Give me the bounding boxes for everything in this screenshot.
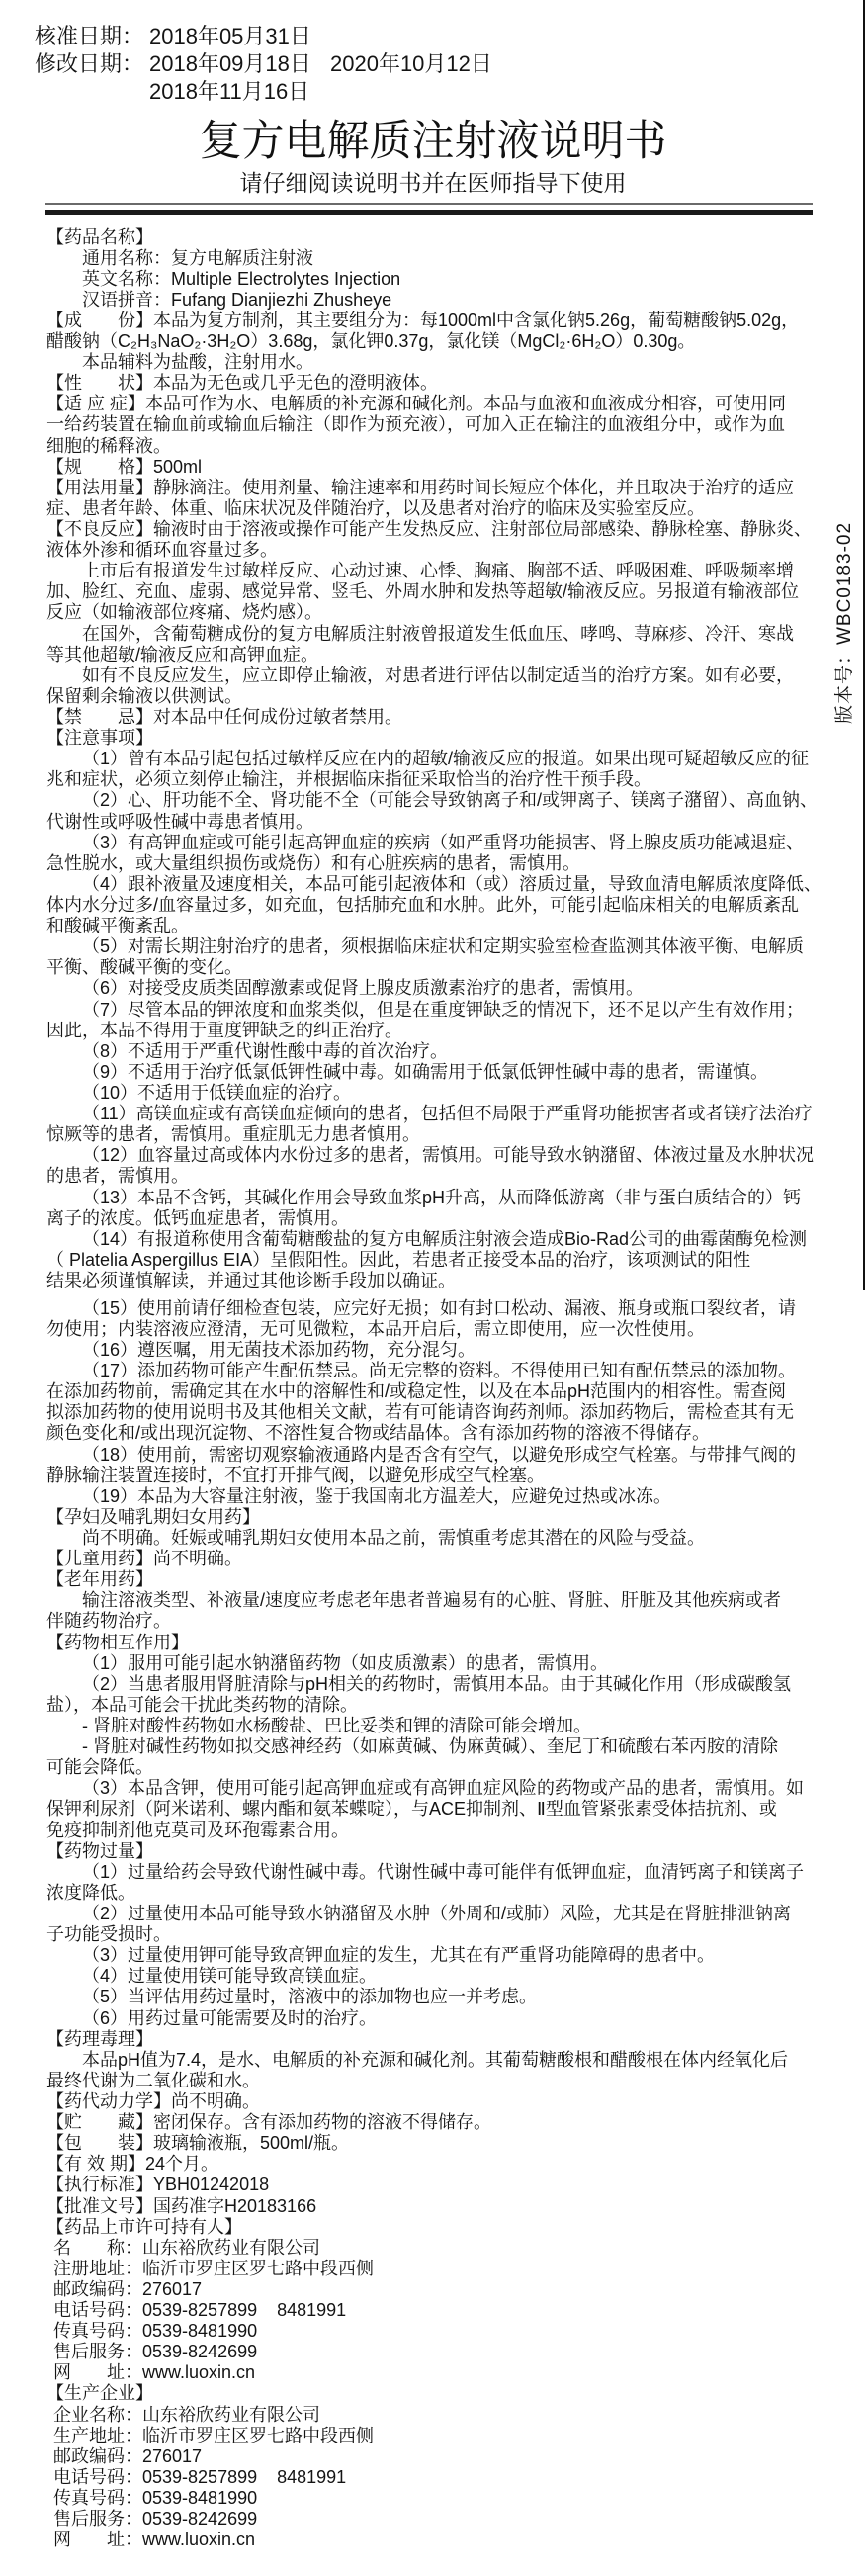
text-line: （6）用药过量可能需要及时的治疗。 (0, 2008, 866, 2029)
leaflet-section: 【药代动力学】尚不明确。 (0, 2091, 866, 2112)
section-heading-line: 【适 应 症】本品可作为水、电解质的补充源和碱化剂。本品与血液和血液成分相容，可… (0, 394, 866, 414)
text-line: 本品辅料为盐酸，注射用水。 (0, 352, 866, 373)
info-field-label: 电话号码： (53, 2467, 142, 2487)
section-heading: 【用法用量】 (46, 478, 153, 497)
info-field-label: 售后服务： (53, 2342, 142, 2361)
leaflet-section: 【生产企业】 企业名称：山东裕欣药业有限公司生产地址：临沂市罗庄区罗七路中段西侧… (0, 2383, 866, 2550)
section-heading-line: 【药物过量】 (0, 1841, 866, 1862)
leaflet-section: 【执行标准】YBH01242018 (0, 2175, 866, 2195)
section-heading: 【适 应 症】 (46, 394, 145, 413)
text-line: 在国外，含葡萄糖成份的复方电解质注射液曾报道发生低血压、哮鸣、荨麻疹、冷汗、寒战 (0, 624, 866, 645)
document-subtitle: 请仔细阅读说明书并在医师指导下使用 (0, 169, 866, 197)
section-heading: 【有 效 期】 (46, 2154, 145, 2174)
section-lines: 醋酸钠（C₂H₃NaO₂·3H₂O）3.68g，氯化钾0.37g，氯化镁（MgC… (0, 331, 866, 373)
section-inline-text: 本品为无色或几乎无色的澄明液体。 (153, 373, 438, 393)
section-heading-line: 【药代动力学】尚不明确。 (0, 2091, 866, 2112)
section-heading-line: 【药品名称】 (0, 227, 866, 248)
text-line: （16）遵医嘱，用无菌技术添加药物，充分混匀。 (0, 1340, 866, 1361)
text-line: （2）当患者服用肾脏清除与pH相关的药物时，需慎用本品。由于其碱化作用（形成碳酸… (0, 1674, 866, 1695)
leaflet-section: 【禁 忌】对本品中任何成份过敏者禁用。 (0, 707, 866, 728)
text-line: 代谢性或呼吸性碱中毒患者慎用。 (0, 812, 866, 833)
section-heading: 【老年用药】 (46, 1569, 153, 1589)
text-line: 惊厥等的患者，需慎用。重症肌无力患者慎用。 (0, 1124, 866, 1145)
info-field: 电话号码：0539-8257899 8481991 (0, 2300, 866, 2321)
text-line: （1）服用可能引起水钠潴留药物（如皮质激素）的患者，需慎用。 (0, 1653, 866, 1674)
text-line: （3）有高钾血症或可能引起高钾血症的疾病（如严重肾功能损害、肾上腺皮质功能减退症… (0, 833, 866, 853)
section-heading-line: 【药物相互作用】 (0, 1633, 866, 1653)
info-field-value: 山东裕欣药业有限公司 (142, 2238, 320, 2258)
section-heading: 【药物过量】 (46, 1841, 153, 1861)
text-line: 子功能受损时。 (0, 1924, 866, 1945)
info-field-label: 名 称： (53, 2238, 142, 2258)
text-line: 汉语拼音：Fufang Dianjiezhi Zhusheye (0, 290, 866, 311)
section-lines: 输注溶液类型、补液量/速度应考虑老年患者普遍易有的心脏、肾脏、肝脏及其他疾病或者… (0, 1590, 866, 1632)
section-heading: 【药理毒理】 (46, 2029, 153, 2049)
info-field-label: 邮政编码： (53, 2446, 142, 2466)
leaflet-section: 【不良反应】输液时由于溶液或操作可能产生发热反应、注射部位局部感染、静脉栓塞、静… (0, 519, 866, 707)
text-line: 等其他超敏/输液反应和高钾血症。 (0, 645, 866, 666)
section-heading: 【禁 忌】 (46, 707, 153, 727)
section-heading-line: 【贮 藏】密闭保存。含有添加药物的溶液不得储存。 (0, 2112, 866, 2133)
info-field-value: 0539-8242699 (142, 2509, 257, 2529)
info-field: 售后服务：0539-8242699 (0, 2342, 866, 2362)
text-line: 可能会降低。 (0, 1757, 866, 1778)
section-heading: 【贮 藏】 (46, 2112, 153, 2132)
section-heading-line: 【批准文号】国药准字H20183166 (0, 2196, 866, 2217)
info-field: 企业名称：山东裕欣药业有限公司 (0, 2405, 866, 2426)
text-line: （15）使用前请仔细检查包装，应完好无损；如有封口松动、漏液、瓶身或瓶口裂纹者，… (0, 1298, 866, 1319)
text-line: 通用名称：复方电解质注射液 (0, 248, 866, 269)
text-line: 盐），本品可能会干扰此类药物的清除。 (0, 1695, 866, 1716)
text-line: （18）使用前，需密切观察输液通路内是否含有空气，以避免形成空气栓塞。与带排气阀… (0, 1445, 866, 1466)
section-heading-line: 【老年用药】 (0, 1569, 866, 1590)
text-line: 细胞的稀释液。 (0, 436, 866, 457)
text-line: 的患者，需慎用。 (0, 1166, 866, 1187)
section-inline-text: 本品为复方制剂，其主要组分为：每1000ml中含氯化钠5.26g，葡萄糖酸钠5.… (153, 311, 799, 330)
text-line: 如有不良反应发生，应立即停止输液，对患者进行评估以制定适当的治疗方案。如有必要， (0, 666, 866, 686)
text-line: （5）当评估用药过量时，溶液中的添加物也应一并考虑。 (0, 1987, 866, 2007)
section-inline-text: 500ml (153, 457, 202, 477)
text-line: （11）高镁血症或有高镁血症倾向的患者，包括但不局限于严重肾功能损害者或者镁疗法… (0, 1104, 866, 1124)
text-line: 急性脱水，或大量组织损伤或烧伤）和有心脏疾病的患者，需慎用。 (0, 853, 866, 874)
section-heading-line: 【禁 忌】对本品中任何成份过敏者禁用。 (0, 707, 866, 728)
info-field: 售后服务：0539-8242699 (0, 2509, 866, 2530)
section-lines: 本品pH值为7.4，是水、电解质的补充源和碱化剂。其葡萄糖酸根和醋酸根在体内经氧… (0, 2050, 866, 2091)
text-line: 结果必须谨慎解读，并通过其他诊断手段加以确证。 (0, 1271, 866, 1291)
header-divider-thin (45, 203, 813, 205)
section-inline-text: 对本品中任何成份过敏者禁用。 (153, 707, 402, 727)
text-line: 伴随药物治疗。 (0, 1611, 866, 1632)
text-line: （1）过量给药会导致代谢性碱中毒。代谢性碱中毒可能伴有低钾血症，血清钙离子和镁离… (0, 1862, 866, 1883)
text-line: 一给药装置在输血前或输血后输注（即作为预充液），可加入正在输注的血液组分中，或作… (0, 414, 866, 435)
section-inline-text: 玻璃输液瓶，500ml/瓶。 (153, 2133, 349, 2153)
info-field-value: 276017 (142, 2446, 202, 2466)
section-list: （15）使用前请仔细检查包装，应完好无损；如有封口松动、漏液、瓶身或瓶口裂纹者，… (0, 1290, 866, 2550)
info-field: 生产地址：临沂市罗庄区罗七路中段西侧 (0, 2426, 866, 2446)
info-field: 传真号码：0539-8481990 (0, 2488, 866, 2509)
leaflet-section: 【批准文号】国药准字H20183166 (0, 2196, 866, 2217)
text-line: （3）本品含钾，使用可能引起高钾血症或有高钾血症风险的药物或产品的患者，需慎用。… (0, 1778, 866, 1799)
text-line: 输注溶液类型、补液量/速度应考虑老年患者普遍易有的心脏、肾脏、肝脏及其他疾病或者 (0, 1590, 866, 1611)
text-line: （10）不适用于低镁血症的治疗。 (0, 1083, 866, 1104)
leaflet-section: 【贮 藏】密闭保存。含有添加药物的溶液不得储存。 (0, 2112, 866, 2133)
section-heading-line: 【药品上市许可持有人】 (0, 2217, 866, 2238)
leaflet-section: 【注意事项】 （1）曾有本品引起包括过敏样反应在内的超敏/输液反应的报道。如果出… (0, 728, 866, 1291)
section-heading: 【包 装】 (46, 2133, 153, 2153)
section-heading-line: 【有 效 期】24个月。 (0, 2154, 866, 2175)
info-field-label: 传真号码： (53, 2488, 142, 2508)
text-line: （7）尽管本品的钾浓度和血浆类似，但是在重度钾缺乏的情况下，还不足以产生有效作用… (0, 1000, 866, 1021)
section-heading-line: 【用法用量】静脉滴注。使用剂量、输注速率和用药时间长短应个体化，并且取决于治疗的… (0, 478, 866, 498)
info-field: 传真号码：0539-8481990 (0, 2321, 866, 2342)
text-line: （1）曾有本品引起包括过敏样反应在内的超敏/输液反应的报道。如果出现可疑超敏反应… (0, 749, 866, 769)
section-fields: 名 称：山东裕欣药业有限公司注册地址：临沂市罗庄区罗七路中段西侧邮政编码：276… (0, 2238, 866, 2384)
section-inline-text: 本品可作为水、电解质的补充源和碱化剂。本品与血液和血液成分相容，可使用同 (145, 394, 786, 413)
info-field-value: 276017 (142, 2279, 202, 2299)
section-heading: 【性 状】 (46, 373, 153, 393)
text-line: 免疫抑制剂他克莫司及环孢霉素合用。 (0, 1821, 866, 1841)
section-heading: 【批准文号】 (46, 2196, 153, 2216)
section-heading: 【注意事项】 (46, 728, 153, 748)
leaflet-section: 【药物相互作用】 （1）服用可能引起水钠潴留药物（如皮质激素）的患者，需慎用。（… (0, 1633, 866, 1841)
section-heading-line: 【包 装】玻璃输液瓶，500ml/瓶。 (0, 2133, 866, 2154)
section-heading: 【药品上市许可持有人】 (46, 2217, 242, 2237)
section-lines: 通用名称：复方电解质注射液英文名称：Multiple Electrolytes … (0, 248, 866, 311)
section-lines: 尚不明确。妊娠或哺乳期妇女使用本品之前，需慎重考虑其潜在的风险与受益。 (0, 1528, 866, 1549)
text-line: （8）不适用于严重代谢性酸中毒的首次治疗。 (0, 1041, 866, 1062)
text-line: （12）血容量过高或体内水份过多的患者，需慎用。可能导致水钠潴留、体液过量及水肿… (0, 1145, 866, 1166)
approval-date-value: 2018年05月31日 (149, 24, 311, 48)
leaflet-section: 【药理毒理】 本品pH值为7.4，是水、电解质的补充源和碱化剂。其葡萄糖酸根和醋… (0, 2029, 866, 2091)
info-field-label: 企业名称： (53, 2405, 142, 2425)
text-line: 浓度降低。 (0, 1883, 866, 1904)
section-heading-line: 【注意事项】 (0, 728, 866, 749)
leaflet-section: 【包 装】玻璃输液瓶，500ml/瓶。 (0, 2133, 866, 2154)
info-field-label: 网 址： (53, 2362, 142, 2382)
text-line: 英文名称：Multiple Electrolytes Injection (0, 269, 866, 290)
section-lines: （15）使用前请仔细检查包装，应完好无损；如有封口松动、漏液、瓶身或瓶口裂纹者，… (0, 1298, 866, 1507)
section-list: 【药品名称】 通用名称：复方电解质注射液英文名称：Multiple Electr… (0, 227, 866, 1292)
revision-date-row: 修改日期：2018年09月18日2020年10月12日 (35, 50, 492, 78)
leaflet-section: 【性 状】本品为无色或几乎无色的澄明液体。 (0, 373, 866, 394)
section-heading-line: 【儿童用药】尚不明确。 (0, 1549, 866, 1569)
info-field-label: 邮政编码： (53, 2279, 142, 2299)
text-line: 在添加药物前，需确定其在水中的溶解性和/或稳定性，以及在本品pH范围内的相容性。… (0, 1381, 866, 1402)
text-line: 静脉输注装置连接时，不宜打开排气阀，以避免形成空气栓塞。 (0, 1466, 866, 1486)
section-heading: 【药代动力学】 (46, 2091, 171, 2111)
text-line: 反应（如输液部位疼痛、烧灼感）。 (0, 602, 866, 623)
text-line: 拟添加药物的使用说明书及其他相关文献，若有可能请咨询药剂师。添加药物后，需检查其… (0, 1402, 866, 1423)
info-field-label: 生产地址： (53, 2426, 142, 2445)
revision-date-value: 2020年10月12日 (330, 51, 492, 76)
text-line: 最终代谢为二氧化碳和水。 (0, 2071, 866, 2091)
info-field-value: 临沂市罗庄区罗七路中段西侧 (142, 2259, 374, 2278)
text-line: （4）过量使用镁可能导致高镁血症。 (0, 1966, 866, 1987)
leaflet-section: 【用法用量】静脉滴注。使用剂量、输注速率和用药时间长短应个体化，并且取决于治疗的… (0, 478, 866, 519)
section-lines: 液体外渗和循环血容量过多。上市后有报道发生过敏样反应、心动过速、心悸、胸痛、胸部… (0, 540, 866, 707)
section-lines: （1）过量给药会导致代谢性碱中毒。代谢性碱中毒可能伴有低钾血症，血清钙离子和镁离… (0, 1862, 866, 2029)
text-line: （3）过量使用钾可能导致高钾血症的发生，尤其在有严重肾功能障碍的患者中。 (0, 1945, 866, 1966)
section-heading-line: 【生产企业】 (0, 2383, 866, 2404)
section-inline-text: 密闭保存。含有添加药物的溶液不得储存。 (153, 2112, 491, 2132)
section-lines: （1）服用可能引起水钠潴留药物（如皮质激素）的患者，需慎用。（2）当患者服用肾脏… (0, 1653, 866, 1841)
section-heading-line: 【规 格】500ml (0, 457, 866, 478)
info-field-value: www.luoxin.cn (142, 2362, 255, 2382)
info-field-label: 网 址： (53, 2530, 142, 2549)
text-line: - 肾脏对碱性药物如拟交感神经药（如麻黄碱、伪麻黄碱）、奎尼丁和硫酸右苯丙胺的清… (0, 1736, 866, 1757)
info-field: 邮政编码：276017 (0, 2279, 866, 2300)
leaflet-page-1: 核准日期：2018年05月31日 修改日期：2018年09月18日2020年10… (0, 0, 866, 1290)
text-line: 保留剩余输液以供测试。 (0, 686, 866, 707)
section-inline-text: YBH01242018 (153, 2175, 269, 2194)
text-line: （2）过量使用本品可能导致水钠潴留及水肿（外周和/或肺）风险，尤其是在肾脏排泄钠… (0, 1904, 866, 1924)
text-line: 尚不明确。妊娠或哺乳期妇女使用本品之前，需慎重考虑其潜在的风险与受益。 (0, 1528, 866, 1549)
leaflet-section: 【规 格】500ml (0, 457, 866, 478)
leaflet-section: 【成 份】本品为复方制剂，其主要组分为：每1000ml中含氯化钠5.26g，葡萄… (0, 311, 866, 373)
text-line: 液体外渗和循环血容量过多。 (0, 540, 866, 561)
section-lines: （1）曾有本品引起包括过敏样反应在内的超敏/输液反应的报道。如果出现可疑超敏反应… (0, 749, 866, 1291)
info-field-label: 传真号码： (53, 2321, 142, 2341)
text-line: 因此，本品不得用于重度钾缺乏的纠正治疗。 (0, 1021, 866, 1041)
revision-date-row-continued: 2018年11月16日 (149, 78, 309, 106)
revision-date-value: 2018年11月16日 (149, 79, 309, 104)
text-line: （17）添加药物可能产生配伍禁忌。尚无完整的资料。不得使用已知有配伍禁忌的添加物… (0, 1361, 866, 1381)
text-line: 体内水分过多/血容量过多，如充血，包括肺充血和水肿。此外，可能引起临床相关的电解… (0, 895, 866, 916)
text-line: - 肾脏对酸性药物如水杨酸盐、巴比妥类和锂的清除可能会增加。 (0, 1716, 866, 1736)
text-line: （2）心、肝功能不全、肾功能不全（可能会导致钠离子和/或钾离子、镁离子潴留）、高… (0, 790, 866, 811)
section-heading: 【成 份】 (46, 311, 153, 330)
info-field-value: 0539-8481990 (142, 2321, 257, 2341)
section-heading: 【生产企业】 (46, 2383, 153, 2403)
section-heading: 【规 格】 (46, 457, 153, 477)
info-field: 电话号码：0539-8257899 8481991 (0, 2467, 866, 2488)
info-field-value: 0539-8257899 8481991 (142, 2300, 346, 2320)
approval-date-label: 核准日期： (35, 23, 149, 50)
section-inline-text: 输液时由于溶液或操作可能产生发热反应、注射部位局部感染、静脉栓塞、静脉炎、 (153, 519, 812, 539)
info-field-value: 0539-8257899 8481991 (142, 2467, 346, 2487)
text-line: （4）跟补液量及速度相关，本品可能引起液体和（或）溶质过量，导致血清电解质浓度降… (0, 874, 866, 895)
section-heading-line: 【成 份】本品为复方制剂，其主要组分为：每1000ml中含氯化钠5.26g，葡萄… (0, 311, 866, 331)
info-field: 注册地址：临沂市罗庄区罗七路中段西侧 (0, 2259, 866, 2279)
text-line: 离子的浓度。低钙血症患者，需慎用。 (0, 1208, 866, 1229)
info-field-value: 临沂市罗庄区罗七路中段西侧 (142, 2426, 374, 2445)
leaflet-section: 【儿童用药】尚不明确。 (0, 1549, 866, 1569)
section-inline-text: 尚不明确。 (171, 2091, 260, 2111)
section-heading: 【执行标准】 (46, 2175, 153, 2194)
text-line: 本品pH值为7.4，是水、电解质的补充源和碱化剂。其葡萄糖酸根和醋酸根在体内经氧… (0, 2050, 866, 2071)
revision-date-label: 修改日期： (35, 50, 149, 78)
header-divider-thick (45, 210, 813, 215)
info-field-label: 注册地址： (53, 2259, 142, 2278)
section-inline-text: 静脉滴注。使用剂量、输注速率和用药时间长短应个体化，并且取决于治疗的适应 (153, 478, 794, 497)
text-line: 颜色变化和/或出现沉淀物、不溶性复合物或结晶体。含有添加药物的溶液不得储存。 (0, 1423, 866, 1444)
revision-date-value: 2018年09月18日 (149, 50, 330, 78)
section-heading: 【药物相互作用】 (46, 1633, 189, 1652)
section-heading: 【药品名称】 (46, 227, 153, 247)
section-heading-line: 【药理毒理】 (0, 2029, 866, 2050)
leaflet-section: 【有 效 期】24个月。 (0, 2154, 866, 2175)
text-line: （6）对接受皮质类固醇激素或促肾上腺皮质激素治疗的患者，需慎用。 (0, 978, 866, 999)
leaflet-section: 【药品名称】 通用名称：复方电解质注射液英文名称：Multiple Electr… (0, 227, 866, 311)
section-inline-text: 国药准字H20183166 (153, 2196, 316, 2216)
info-field-value: 山东裕欣药业有限公司 (142, 2405, 320, 2425)
text-line: 保钾利尿剂（阿米诺利、螺内酯和氨苯蝶啶），与ACE抑制剂、Ⅱ型血管紧张素受体拮抗… (0, 1799, 866, 1820)
text-line: 兆和症状，必须立刻停止输注，并根据临床指征采取恰当的治疗性干预手段。 (0, 769, 866, 790)
leaflet-section: 【药品上市许可持有人】 名 称：山东裕欣药业有限公司注册地址：临沂市罗庄区罗七路… (0, 2217, 866, 2384)
section-heading: 【儿童用药】 (46, 1549, 153, 1568)
text-line: 勿使用；内装溶液应澄清，无可见微粒，本品开启后，需立即使用，应一次性使用。 (0, 1319, 866, 1340)
text-line: 加、脸红、充血、虚弱、感觉异常、竖毛、外周水肿和发热等超敏/输液反应。另报道有输… (0, 581, 866, 602)
text-line: 和酸碱平衡紊乱。 (0, 916, 866, 936)
approval-date-row: 核准日期：2018年05月31日 (35, 23, 311, 50)
leaflet-section: 【老年用药】 输注溶液类型、补液量/速度应考虑老年患者普遍易有的心脏、肾脏、肝脏… (0, 1569, 866, 1632)
leaflet-section: 【孕妇及哺乳期妇女用药】 尚不明确。妊娠或哺乳期妇女使用本品之前，需慎重考虑其潜… (0, 1507, 866, 1549)
section-inline-text: 24个月。 (145, 2154, 218, 2174)
text-line: （19）本品为大容量注射液，鉴于我国南北方温差大，应避免过热或冰冻。 (0, 1486, 866, 1507)
leaflet-section: 【药物过量】 （1）过量给药会导致代谢性碱中毒。代谢性碱中毒可能伴有低钾血症，血… (0, 1841, 866, 2029)
section-lines: 一给药装置在输血前或输血后输注（即作为预充液），可加入正在输注的血液组分中，或作… (0, 414, 866, 456)
leaflet-section: 【适 应 症】本品可作为水、电解质的补充源和碱化剂。本品与血液和血液成分相容，可… (0, 394, 866, 456)
info-field-value: 0539-8242699 (142, 2342, 257, 2361)
info-field: 网 址：www.luoxin.cn (0, 2362, 866, 2383)
info-field-label: 售后服务： (53, 2509, 142, 2529)
section-heading-line: 【执行标准】YBH01242018 (0, 2175, 866, 2195)
section-heading: 【孕妇及哺乳期妇女用药】 (46, 1507, 260, 1527)
document-title: 复方电解质注射液说明书 (0, 116, 866, 167)
text-line: 症、患者年龄、体重、临床状况及伴随治疗，以及患者对治疗的临床及实验室反应。 (0, 498, 866, 519)
info-field: 网 址：www.luoxin.cn (0, 2530, 866, 2550)
text-line: （ Platelia Aspergillus EIA）呈假阳性。因此，若患者正接… (0, 1250, 866, 1271)
text-line: 醋酸钠（C₂H₃NaO₂·3H₂O）3.68g，氯化钾0.37g，氯化镁（MgC… (0, 331, 866, 352)
leaflet-section: （15）使用前请仔细检查包装，应完好无损；如有封口松动、漏液、瓶身或瓶口裂纹者，… (0, 1298, 866, 1507)
text-line: 平衡、酸碱平衡的变化。 (0, 957, 866, 978)
text-line: （13）本品不含钙，其碱化作用会导致血浆pH升高，从而降低游离（非与蛋白质结合的… (0, 1188, 866, 1208)
section-fields: 企业名称：山东裕欣药业有限公司生产地址：临沂市罗庄区罗七路中段西侧邮政编码：27… (0, 2405, 866, 2551)
section-heading-line: 【孕妇及哺乳期妇女用药】 (0, 1507, 866, 1528)
section-heading-line: 【性 状】本品为无色或几乎无色的澄明液体。 (0, 373, 866, 394)
text-line: 上市后有报道发生过敏样反应、心动过速、心悸、胸痛、胸部不适、呼吸困难、呼吸频率增 (0, 561, 866, 581)
section-lines: 症、患者年龄、体重、临床状况及伴随治疗，以及患者对治疗的临床及实验室反应。 (0, 498, 866, 519)
info-field-value: 0539-8481990 (142, 2488, 257, 2508)
leaflet-page-2: （15）使用前请仔细检查包装，应完好无损；如有封口松动、漏液、瓶身或瓶口裂纹者，… (0, 1290, 866, 2576)
text-line: （5）对需长期注射治疗的患者，须根据临床症状和定期实验室检查监测其体液平衡、电解… (0, 936, 866, 957)
section-inline-text: 尚不明确。 (153, 1549, 242, 1568)
text-line: （14）有报道称使用含葡萄糖酸盐的复方电解质注射液会造成Bio-Rad公司的曲霉… (0, 1229, 866, 1250)
section-heading: 【不良反应】 (46, 519, 153, 539)
section-heading-line: 【不良反应】输液时由于溶液或操作可能产生发热反应、注射部位局部感染、静脉栓塞、静… (0, 519, 866, 540)
info-field: 名 称：山东裕欣药业有限公司 (0, 2238, 866, 2259)
info-field-label: 电话号码： (53, 2300, 142, 2320)
text-line: （9）不适用于治疗低氯低钾性碱中毒。如确需用于低氯低钾性碱中毒的患者，需谨慎。 (0, 1062, 866, 1083)
info-field: 邮政编码：276017 (0, 2446, 866, 2467)
info-field-value: www.luoxin.cn (142, 2530, 255, 2549)
